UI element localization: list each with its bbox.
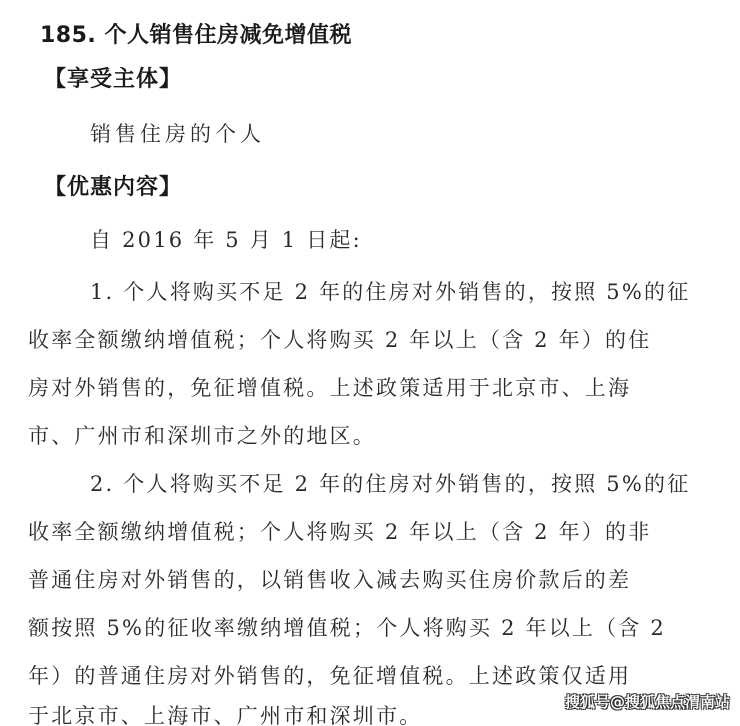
item-2-line-1: 2. 个人将购买不足 2 年的住房对外销售的，按照 5%的征 xyxy=(90,468,690,498)
subject-content: 销售住房的个人 xyxy=(90,118,265,148)
item-2-line-3: 普通住房对外销售的，以销售收入减去购买住房价款后的差 xyxy=(28,564,631,594)
item-2-line-5: 年）的普通住房对外销售的，免征增值税。上述政策仅适用 xyxy=(28,660,631,690)
item-1-line-4: 市、广州市和深圳市之外的地区。 xyxy=(28,420,376,450)
item-2-line-2: 收率全额缴纳增值税；个人将购买 2 年以上（含 2 年）的非 xyxy=(28,516,651,546)
benefit-intro: 自 2016 年 5 月 1 日起: xyxy=(90,224,362,254)
watermark: 搜狐号@搜狐焦点渭南站 xyxy=(565,691,730,712)
item-2-line-6: 于北京市、上海市、广州市和深圳市。 xyxy=(28,700,422,726)
item-1-line-1: 1. 个人将购买不足 2 年的住房对外销售的，按照 5%的征 xyxy=(90,276,690,306)
item-1-line-2: 收率全额缴纳增值税；个人将购买 2 年以上（含 2 年）的住 xyxy=(28,324,651,354)
section-heading-benefit: 【优惠内容】 xyxy=(44,170,182,201)
document-title: 185. 个人销售住房减免增值税 xyxy=(40,18,352,49)
item-1-line-3: 房对外销售的，免征增值税。上述政策适用于北京市、上海 xyxy=(28,372,631,402)
section-heading-subject: 【享受主体】 xyxy=(44,62,182,93)
item-2-line-4: 额按照 5%的征收率缴纳增值税；个人将购买 2 年以上（含 2 xyxy=(28,612,666,642)
